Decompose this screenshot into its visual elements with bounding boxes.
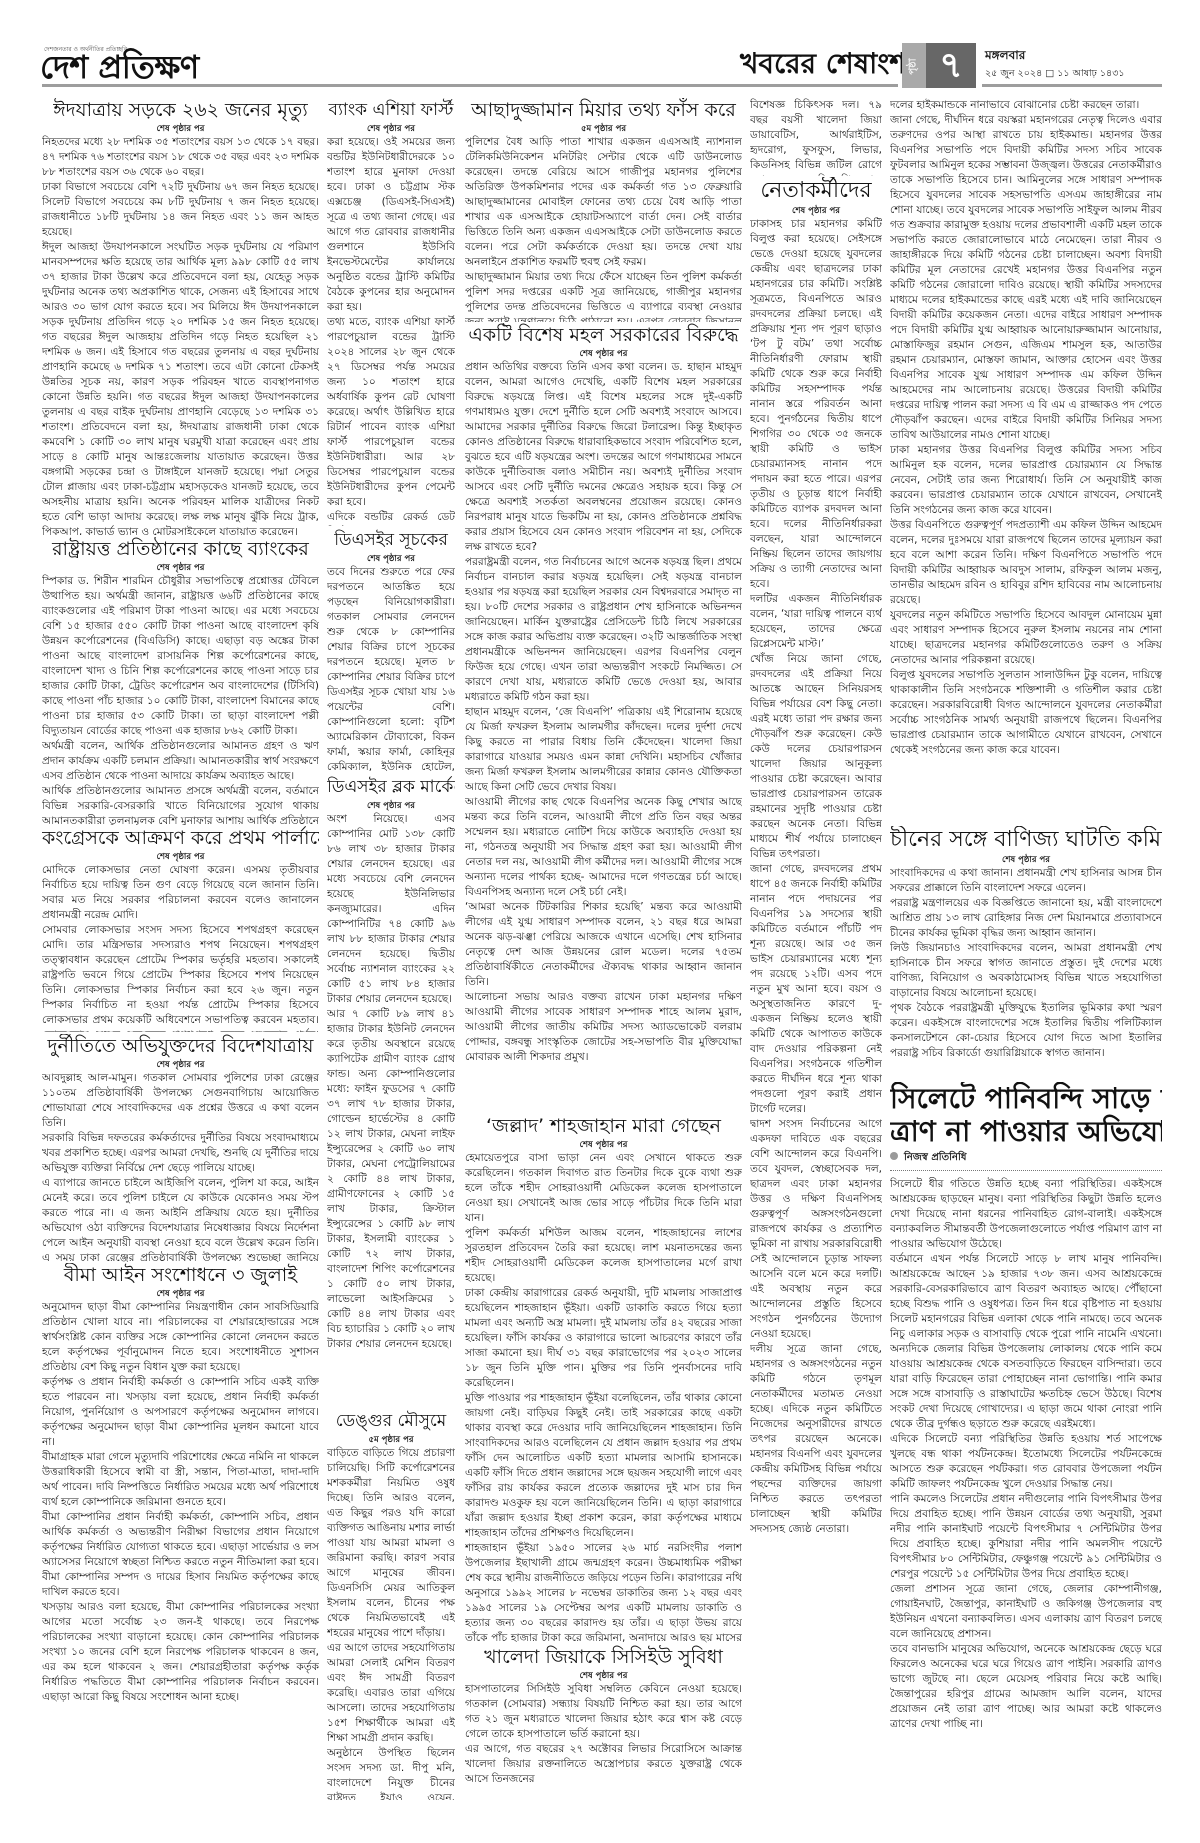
paragraph: বীমা কোম্পানির প্রধান নির্বাহী কর্মকর্তা… [42, 1510, 319, 1600]
headline-line-1: সিলেটে পানিবন্দি সাড়ে ৮ লাখ মানুষ [890, 1082, 1162, 1115]
headline: রাষ্ট্রায়ত্ত প্রতিষ্ঠানের কাছে ব্যাংকের [42, 537, 319, 562]
article-bank-asia-bond: ব্যাংক এশিয়া ফার্স্ট শেষ পৃষ্ঠার পর করা… [327, 98, 455, 526]
jump-line: শেষ পৃষ্ঠার পর [327, 553, 455, 565]
paragraph: মোদিকে লোকসভার নেতা ঘোষণা করেন। এসময় তৃ… [42, 863, 319, 923]
article-executioner-shahjahan: ‘জল্লাদ’ শাহজাহান মারা গেছেন শেষ পৃষ্ঠার… [465, 1114, 742, 1644]
page-number: ৭ [926, 43, 976, 88]
paragraph: পৃথক বৈঠকে পররাষ্ট্রমন্ত্রী মুক্তিযুদ্ধে… [890, 1001, 1162, 1061]
article-khaleda-ccu: খালেদা জিয়াকে সিসিইউ সুবিধা শেষ পৃষ্ঠার… [465, 1645, 742, 1800]
paragraph: যুবদলের নতুন কমিটিতে সভাপতি হিসেবে আবদুল… [890, 608, 1162, 668]
jump-line: ৫ম পৃষ্ঠার পর [327, 1434, 455, 1446]
paragraph: সোমবার লোকসভার সংসদ সদস্য হিসেবে শপথগ্রহ… [42, 923, 319, 1032]
paragraph: পররাষ্ট্র মন্ত্রণালয়ের এক বিজ্ঞপ্তিতে জ… [890, 896, 1162, 941]
issue-date: ২৫ জুন ২০২৪ □ ১১ আষাঢ় ১৪৩১ [985, 67, 1125, 82]
article-sylhet-flood: সিলেটে পানিবন্দি সাড়ে ৮ লাখ মানুষ ত্রাণ… [890, 1082, 1162, 1800]
paragraph: দলের হাইকমান্ডকে নানাভাবে বোঝানোর চেষ্টা… [890, 98, 1162, 113]
paragraph: এদিকে বন্ডটির রেকর্ড ডেট নির্ধারণ করা হয… [327, 510, 455, 526]
jump-line: শেষ পৃষ্ঠার পর [42, 123, 319, 135]
byline: নিজস্ব প্রতিনিধি [890, 1150, 1162, 1166]
paragraph: অংশ নিয়েছে। এসব কোম্পানির মোট ১৩৮ কোটি … [327, 812, 455, 1007]
article-dse-index: ডিএসইর সূচকের শেষ পৃষ্ঠার পর তবে দিনের শ… [327, 528, 455, 774]
paragraph: জেলা প্রশাসন সূত্রে জানা গেছে, জেলার কোম… [890, 1582, 1162, 1642]
paragraph: তথ্য মতে, ব্যাংক এশিয়া ফার্স্ট পারপেচুয… [327, 315, 455, 510]
headline: খালেদা জিয়াকে সিসিইউ সুবিধা [465, 1645, 742, 1670]
article-insurance-law: বীমা আইন সংশোধনে ৩ জুলাই শেষ পৃষ্ঠার পর … [42, 1263, 319, 1800]
paragraph: দলটির একজন নীতিনির্ধারক বলেন, ‘যারা দায়… [750, 592, 882, 652]
jump-line: শেষ পৃষ্ঠার পর [42, 1059, 319, 1071]
jump-line: শেষ পৃষ্ঠার পর [890, 854, 1162, 866]
paragraph: তবে বানভাসি মানুষের অভিযোগ, অনেকে আশ্রয়… [890, 1642, 1162, 1732]
paragraph: কর্তৃপক্ষ ও প্রধান নির্বাহী কর্মকর্তা ও … [42, 1375, 319, 1450]
jump-line: শেষ পৃষ্ঠার পর [42, 1288, 319, 1300]
jump-line: শেষ পৃষ্ঠার পর [327, 123, 455, 135]
headline: ডিএসইর ব্লক মার্কেটে [327, 775, 455, 800]
paragraph: এর আগে, গত বছরের ২৭ অক্টোবর লিভার সিরোসি… [465, 1742, 742, 1787]
paragraph: খসড়ায় আরও বলা হয়েছে, বীমা কোম্পানির প… [42, 1600, 319, 1705]
paragraph: বিলুপ্ত যুবদলের সভাপতি সুলতান সালাউদ্দিন… [890, 668, 1162, 758]
paragraph: সরকারি বিভিন্ন দফতরের কর্মকর্তাদের দুর্ন… [42, 1131, 319, 1176]
article-asaduzzaman-data-leak: আছাদুজ্জামান মিয়ার তথ্য ফাঁস করে ৫ম পৃষ… [465, 98, 742, 322]
paragraph: হাসপাতালের সিসিইউ সুবিধা সম্বলিত কেবিনে … [465, 1682, 742, 1742]
article-dse-block-market: ডিএসইর ব্লক মার্কেটে শেষ পৃষ্ঠার পর অংশ … [327, 775, 455, 1408]
paragraph: আবদুল্লাহ আল-মামুন। গতকাল সোমবার পুলিশের… [42, 1071, 319, 1131]
paragraph: আওয়ামী লীগের কাছ থেকে বিএনপির অনেক কিছু… [465, 795, 742, 900]
bullet-icon [890, 1152, 898, 1160]
paragraph: পররাষ্ট্রমন্ত্রী বলেন, গত নির্বাচনের আগে… [465, 555, 742, 705]
paragraph: জানা গেছে, রদবদলের প্রথম ধাপে ৪৫ জনকে নি… [750, 862, 882, 1117]
headline: ‘জল্লাদ’ শাহজাহান মারা গেছেন [465, 1114, 742, 1139]
masthead-rule-left [42, 84, 898, 87]
paragraph: স্পিকার ড. শিরীন শারমিন চৌধুরীর সভাপতিত্… [42, 574, 319, 739]
paragraph: ঢাকা কেন্দ্রীয় কারাগারের রেকর্ড অনুযায়… [465, 1286, 742, 1391]
paragraph: ঢাকাসহ চার মহানগর কমিটি বিলুপ্ত করা হয়ে… [750, 217, 882, 592]
headline: ব্যাংক এশিয়া ফার্স্ট [327, 98, 455, 123]
headline: আছাদুজ্জামান মিয়ার তথ্য ফাঁস করে [465, 98, 742, 123]
article-khaleda-ccu-continued: বিশেষজ্ঞ চিকিৎসক দল। ৭৯ বছর বয়সী খালেদা… [750, 98, 882, 176]
paragraph: আলোচনা সভায় আরও বক্তব্য রাখেন ঢাকা মহান… [465, 990, 742, 1065]
paragraph: দ্বাদশ সংসদ নির্বাচনের আগে একদফা দাবিতে … [750, 1117, 882, 1342]
page-label: পৃষ্ঠা [906, 47, 923, 87]
jump-line: শেষ পৃষ্ঠার পর [42, 851, 319, 863]
paragraph: এর আগে তাদের সহযোগিতায় আমরা সেলাই মেশিন… [327, 1641, 455, 1746]
paragraph: ঈদুল আজহা উদযাপনকালে সংঘটিত সড়ক দুর্ঘটন… [42, 240, 319, 535]
paragraph: সাংবাদিকদের এ কথা জানান। প্রধানমন্ত্রী শ… [890, 866, 1162, 896]
section-title: খবরের শেষাংশ [740, 46, 906, 82]
paragraph: মুক্তি পাওয়ার পর শাহজাহান ভূঁইয়া বলেছি… [465, 1391, 742, 1541]
weekday: মঙ্গলবার [985, 47, 1025, 67]
jump-line: ৫ম পৃষ্ঠার পর [465, 123, 742, 135]
headline: দুর্নীতিতে অভিযুক্তদের বিদেশযাত্রায় [42, 1034, 319, 1059]
paragraph: ‘আমরা অনেক টিটকারির শিকার হয়েছি’ মন্তব্… [465, 900, 742, 990]
paragraph: এদিকে সিলেটে বন্যা পরিস্থিতির উন্নতি হওয… [890, 1432, 1162, 1492]
paragraph: প্রধান অতিথির বক্তব্যে তিনি এসব কথা বলেন… [465, 360, 742, 555]
headline: চীনের সঙ্গে বাণিজ্য ঘাটতি কমিয়ে আনা [890, 826, 1162, 854]
paragraph: বর্তমানে এখন পর্যন্ত সিলেটে সাড়ে ৮ লাখ … [890, 1252, 1162, 1432]
paragraph: পুলিশ কর্মকর্তা মশিউল আজম বলেন, শাহজাহান… [465, 1226, 742, 1286]
paragraph: পানি কমলেও সিলেটের প্রধান নদীগুলোর পানি … [890, 1492, 1162, 1582]
jump-line: শেষ পৃষ্ঠার পর [465, 1670, 742, 1682]
newspaper-logo: দেশ প্রতিক্ষণ [40, 50, 199, 84]
headline-line-2: ত্রাণ না পাওয়ার অভিযোগ [890, 1115, 1162, 1148]
jump-line: শেষ পৃষ্ঠার পর [465, 1139, 742, 1151]
article-graft-travel-ban: দুর্নীতিতে অভিযুক্তদের বিদেশযাত্রায় শেষ… [42, 1034, 319, 1262]
dotted-divider [890, 1170, 1162, 1171]
headline: বীমা আইন সংশোধনে ৩ জুলাই [42, 1263, 319, 1288]
paragraph: আর্থিক প্রতিষ্ঠানগুলোর আমানত প্রসঙ্গে অর… [42, 784, 319, 825]
article-state-owned-bank-dues: রাষ্ট্রায়ত্ত প্রতিষ্ঠানের কাছে ব্যাংকের… [42, 537, 319, 825]
article-india-parliament: কংগ্রেসকে আক্রমণ করে প্রথম পার্লামেন্ট শ… [42, 826, 319, 1032]
jump-line: শেষ পৃষ্ঠার পর [465, 348, 742, 360]
paragraph: তবে দিনের শুরুতে পরে ফের দরপতনে আতঙ্কিত … [327, 565, 455, 774]
article-bnp-activists-continued: দলের হাইকমান্ডকে নানাভাবে বোঝানোর চেষ্টা… [890, 98, 1162, 825]
paragraph: লিউ জিয়ানচাও সাংবাদিকদের বলেন, আমরা প্র… [890, 941, 1162, 1001]
paragraph: অনুষ্ঠানে উপস্থিত ছিলেন সংসদ সদস্য ডা. দ… [327, 1746, 455, 1800]
jump-line: শেষ পৃষ্ঠার পর [327, 800, 455, 812]
paragraph: অর্থমন্ত্রী বলেন, আর্থিক প্রতিষ্ঠানগুলোর… [42, 739, 319, 784]
jump-line: শেষ পৃষ্ঠার পর [750, 205, 882, 217]
headline: ডিএসইর সূচকের [327, 528, 455, 553]
paragraph: আছাদুজ্জামান মিয়ার তথ্য দিয়ে ফেঁসে যাচ… [465, 270, 742, 322]
paragraph: এ ব্যাপারে জানতে চাইলে আইজিপি বলেন, পুলি… [42, 1176, 319, 1262]
paragraph: হাছান মাহমুদ বলেন, ‘জে বিএনপি’ পত্রিকায়… [465, 705, 742, 795]
headline: ডেঙ্গুর মৌসুমে [327, 1409, 455, 1434]
paragraph: আর ৭ কোটি ৮৯ লাখ ৪১ হাজার টাকার ইউনিট লে… [327, 1007, 455, 1352]
paragraph: বাড়িতে বাড়িতে গিয়ে প্রচারণা চালিয়েছি… [327, 1446, 455, 1641]
newspaper-page: দেশজনতার ও অর্থনীতির প্রতিচ্ছবি দেশ প্রত… [0, 0, 1200, 1843]
masthead-rule-right [982, 84, 1162, 87]
paragraph: বীমাগ্রাহক মারা গেলে মৃত্যুদাবি পরিশোধের… [42, 1450, 319, 1510]
paragraph: উত্তর বিএনপিতে গুরুত্বপূর্ণ পদপ্রত্যাশী … [890, 518, 1162, 608]
paragraph: সিলেটে ধীর গতিতে উন্নতি হচ্ছে বন্যা পরিস… [890, 1177, 1162, 1252]
article-special-quarter-conspiracy: একটি বিশেষ মহল সরকারের বিরুদ্ধে শেষ পৃষ্… [465, 323, 742, 1113]
paragraph: খোঁজ নিয়ে জানা গেছে, রদবদলের এই প্রক্রি… [750, 652, 882, 862]
headline: কংগ্রেসকে আক্রমণ করে প্রথম পার্লামেন্ট [42, 826, 319, 851]
page-label-box: পৃষ্ঠা [902, 43, 926, 88]
byline-text: নিজস্ব প্রতিনিধি [904, 1152, 966, 1163]
paragraph: ঢাকা বিভাগে সবচেয়ে বেশি ৭২টি দুর্ঘটনায়… [42, 180, 319, 240]
paragraph: করা হয়েছে। ওই সময়ের জন্য বন্ডটির ইউনিট… [327, 135, 455, 315]
paragraph: হেমায়েতপুরে বাসা ভাড়া নেন এবং সেখানে থ… [465, 1151, 742, 1226]
paragraph: পুলিশের বৈধ আড়ি পাতা শাখার একজন এএসআই ন… [465, 135, 742, 270]
article-bnp-activists: নেতাকর্মীদের শেষ পৃষ্ঠার পর ঢাকাসহ চার ম… [750, 177, 882, 1800]
headline: নেতাকর্মীদের [750, 177, 882, 205]
article-eid-road-deaths: ঈদযাত্রায় সড়কে ২৬২ জনের মৃত্যু শেষ পৃষ… [42, 98, 319, 535]
paragraph: দলীয় সূত্রে জানা গেছে, মহানগর ও অঙ্গসংগ… [750, 1342, 882, 1537]
paragraph: জানা গেছে, দীর্ঘদিন ধরে বয়স্করা মহানগরে… [890, 113, 1162, 443]
headline: ঈদযাত্রায় সড়কে ২৬২ জনের মৃত্যু [42, 98, 319, 123]
article-china-trade-deficit: চীনের সঙ্গে বাণিজ্য ঘাটতি কমিয়ে আনা শেষ… [890, 826, 1162, 1081]
headline: একটি বিশেষ মহল সরকারের বিরুদ্ধে [465, 323, 742, 348]
paragraph: নিহতদের মধ্যে ২৮ দশমিক ৩৫ শতাংশের বয়স ১… [42, 135, 319, 180]
paragraph: অনুমোদন ছাড়া বীমা কোম্পানির নিয়ন্ত্রণা… [42, 1300, 319, 1375]
jump-line: শেষ পৃষ্ঠার পর [42, 562, 319, 574]
article-dengue-season: ডেঙ্গুর মৌসুমে ৫ম পৃষ্ঠার পর বাড়িতে বাড… [327, 1409, 455, 1800]
paragraph: বিশেষজ্ঞ চিকিৎসক দল। ৭৯ বছর বয়সী খালেদা… [750, 98, 882, 176]
paragraph: ঢাকা মহানগর উত্তর বিএনপির বিলুপ্ত কমিটির… [890, 443, 1162, 518]
paragraph: শাহজাহান ভূঁইয়া ১৯৫০ সালের ২৬ মার্চ নরস… [465, 1541, 742, 1644]
